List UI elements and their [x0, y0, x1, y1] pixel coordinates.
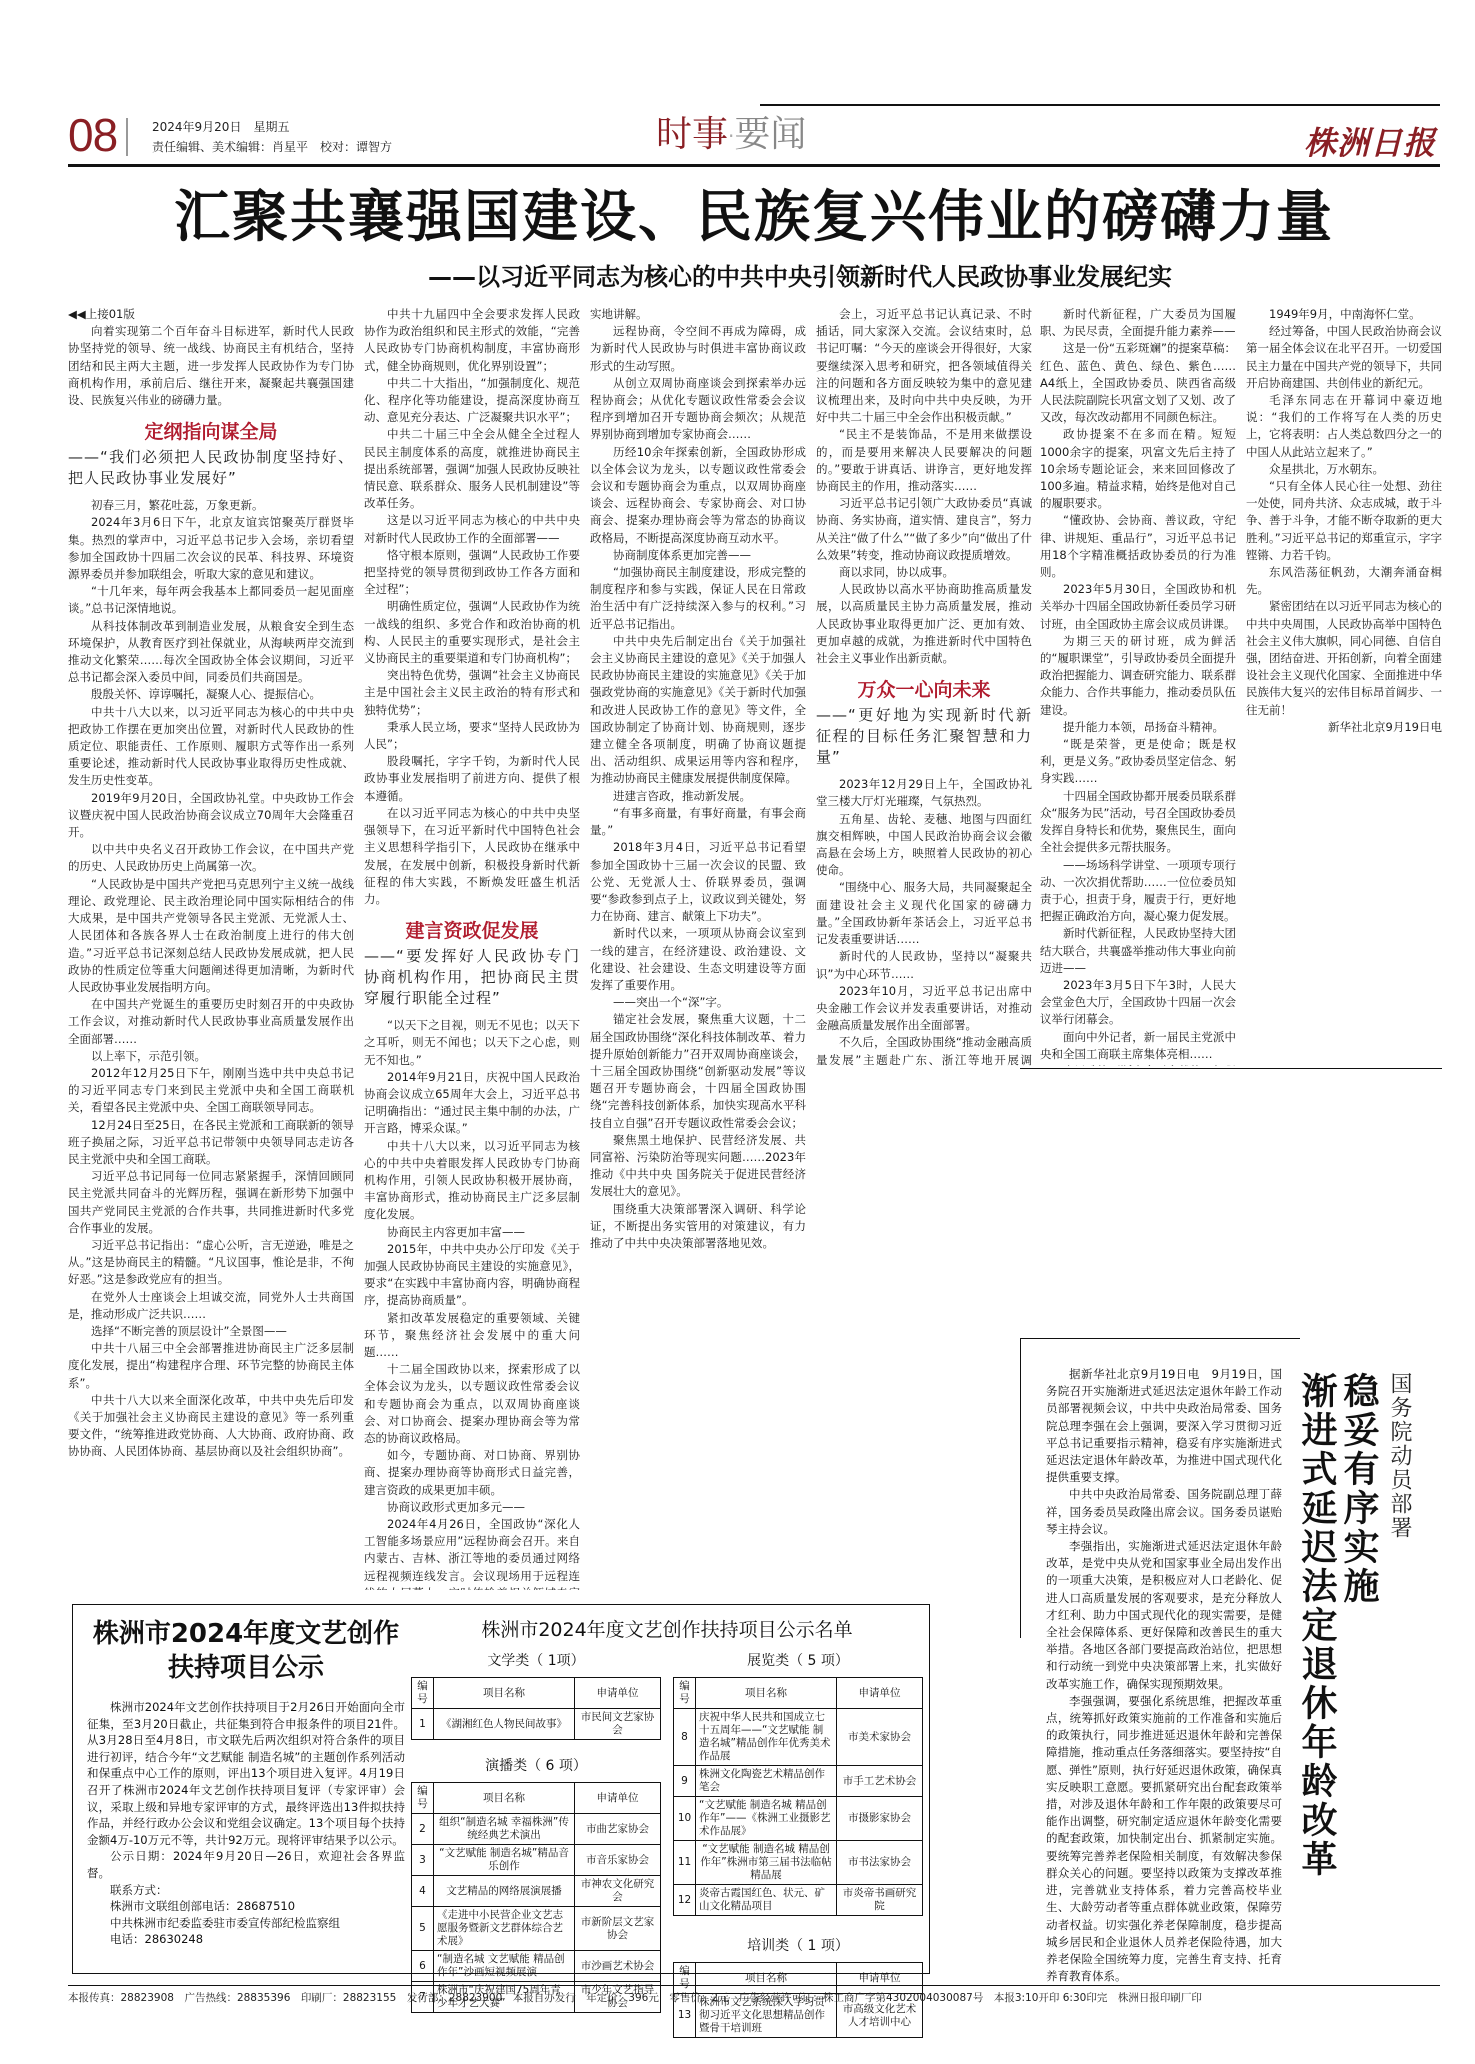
- paragraph: 不久后，全国政协围绕“推动金融高质量发展”主题赴广东、浙江等地开展调研……: [816, 1034, 1032, 1066]
- paragraph: 新时代的人民政协，坚持以“凝聚共识”为中心环节……: [816, 948, 1032, 982]
- cell-name: 株洲文化陶瓷艺术精品创作笔会: [696, 1766, 837, 1797]
- paragraph: 在党外人士座谈会上坦诚交流，同党外人士共商国是，推动形成广泛共识……: [68, 1289, 354, 1323]
- table-row: 9 株洲文化陶瓷艺术精品创作笔会 市手工艺术协会: [674, 1766, 923, 1797]
- paragraph: “以天下之目视，则无不见也；以天下之耳听，则无不闻也；以天下之心虑，则无不知也。…: [364, 1017, 580, 1069]
- col-header: 项目名称: [696, 1963, 837, 1994]
- cell-no: 9: [674, 1766, 696, 1797]
- editor-credits: 责任编辑、美术编辑：肖星平 校对：谭智方: [152, 138, 392, 156]
- table-row: 5 《走进中小民营企业文艺志愿服务暨新文艺群体综合艺术展》 市新阶层文艺家协会: [412, 1907, 661, 1951]
- contact-label: 联系方式：: [87, 1882, 405, 1899]
- paragraph: 在中国共产党诞生的重要历史时刻召开的中央政协工作会议，对推动新时代人民政协事业高…: [68, 996, 354, 1048]
- section-quote: ——“要发挥好人民政协专门协商机构作用，把协商民主贯穿履行职能全过程”: [364, 946, 580, 1009]
- contact-line: 中共株洲市纪委监委驻市委宣传部纪检监察组: [87, 1915, 405, 1932]
- category-table-performance: 编号 项目名称 申请单位 2 组织“制造名城 幸福株洲”传统经典艺术演出 市曲艺…: [411, 1782, 661, 2013]
- cell-no: 5: [412, 1907, 434, 1951]
- table-header-row: 编号 项目名称 申请单位: [412, 1783, 661, 1814]
- paragraph: 协商民主内容更加丰富——: [364, 1224, 580, 1241]
- category-title: 展览类（ 5 项）: [673, 1651, 923, 1671]
- table-header-row: 编号 项目名称 申请单位: [412, 1678, 661, 1709]
- masthead-divider: [126, 118, 128, 156]
- paragraph: 十二届全国政协以来，探索形成了以全体会议为龙头，以专题议政性常委会议和专题协商会…: [364, 1361, 580, 1447]
- paragraph: 十四届全国政协都开展委员联系群众“服务为民”活动，号召全国政协委员发挥自身特长和…: [1040, 788, 1236, 857]
- section-heading: 定纲指向谋全局: [68, 419, 354, 445]
- col-header: 项目名称: [696, 1678, 837, 1709]
- cell-name: 《湖湘红色人物民间故事》: [434, 1709, 575, 1740]
- cell-unit: 市沙画艺术协会: [575, 1951, 661, 1982]
- paragraph: 中共中央先后制定出台《关于加强社会主义协商民主建设的意见》《关于加强人民政协协商…: [590, 633, 806, 788]
- paragraph: 围绕重大决策部署深入调研、科学论证，不断提出务实管用的对策建议，有力推动了中共中…: [590, 1201, 806, 1253]
- cell-unit: 市摄影家协会: [837, 1797, 923, 1841]
- cell-no: 12: [674, 1885, 696, 1916]
- cell-name: “制造名城 文艺赋能 精品创作年”沙画短视频展演: [434, 1951, 575, 1982]
- cell-unit: 市新阶层文艺家协会: [575, 1907, 661, 1951]
- paragraph: 2019年9月20日，全国政协礼堂。中央政协工作会议暨庆祝中国人民政治协商会议成…: [68, 790, 354, 842]
- paragraph: 实地讲解。: [590, 306, 806, 323]
- project-list: 株洲市2024年度文艺创作扶持项目公示名单 文学类（ 1项） 编号 项目名称 申…: [411, 1611, 923, 1649]
- article2-headline-line2: 渐进式延迟法定退休年龄改革: [1296, 1372, 1336, 1879]
- paragraph: 2012年12月25日下午，刚刚当选中共中央总书记的习近平同志专门来到民主党派中…: [68, 1065, 354, 1117]
- cell-name: 组织“制造名城 幸福株洲”传统经典艺术演出: [434, 1814, 575, 1845]
- paragraph: “十几年来，每年两会我基本上都同委员一起见面座谈。”总书记深情地说。: [68, 583, 354, 617]
- table-row: 2 组织“制造名城 幸福株洲”传统经典艺术演出 市曲艺家协会: [412, 1814, 661, 1845]
- cell-no: 11: [674, 1841, 696, 1885]
- cell-name: 炎帝古霞国红色、状元、矿山文化精品项目: [696, 1885, 837, 1916]
- table-row: 1 《湖湘红色人物民间故事》 市民间文艺家协会: [412, 1709, 661, 1740]
- paragraph: 毛泽东同志在开幕词中豪迈地说：“我们的工作将写在人类的历史上，它将表明：占人类总…: [1246, 392, 1442, 461]
- paragraph: “既是荣誉，更是使命；既是权利，更是义务。”政协委员坚定信念、躬身实践……: [1040, 736, 1236, 788]
- paragraph: 紧密团结在以习近平同志为核心的中共中央周围，人民政协高举中国特色社会主义伟大旗帜…: [1246, 598, 1442, 718]
- paragraph: 中共十八届三中全会部署推进协商民主广泛多层制度化发展，提出“构建程序合理、环节完…: [68, 1340, 354, 1392]
- paragraph: 2023年10月，习近平总书记出席中央金融工作会议并发表重要讲话，对推动金融高质…: [816, 983, 1032, 1035]
- dateline: 新华社北京9月19日电: [1246, 719, 1442, 736]
- category-table-exhibition: 编号 项目名称 申请单位 8 庆祝中华人民共和国成立七十五周年——“文艺赋能 制…: [673, 1677, 923, 1916]
- paragraph: 12月24日至25日，在各民主党派和工商联新的领导班子换届之际，习近平总书记带领…: [68, 1117, 354, 1169]
- section-quote: ——“更好地为实现新时代新征程的目标任务汇聚智慧和力量”: [816, 705, 1032, 768]
- main-headline: 汇聚共襄强国建设、民族复兴伟业的磅礴力量: [68, 186, 1440, 250]
- paragraph: 这是以习近平同志为核心的中共中央对新时代人民政协工作的全面部署——: [364, 512, 580, 546]
- article2-top-rule: [1020, 1068, 1442, 1069]
- paragraph: “懂政协、会协商、善议政，守纪律、讲规矩、重品行”，习近平总书记用18个字精准概…: [1040, 512, 1236, 581]
- paragraph: 这是一份“五彩斑斓”的提案草稿：红色、蓝色、黄色、绿色、紫色……A4纸上，全国政…: [1040, 340, 1236, 426]
- table-row: 4 文艺精品的网络展演展播 市神农文化研究会: [412, 1876, 661, 1907]
- cell-no: 1: [412, 1709, 434, 1740]
- masthead-top-rule: [760, 104, 1440, 106]
- issue-date: 2024年9月20日 星期五: [152, 118, 289, 136]
- notice-title: 株洲市2024年度文艺创作扶持项目公示: [87, 1617, 405, 1685]
- paragraph: “人民政协是中国共产党把马克思列宁主义统一战线理论、政党理论、民主政治理论同中国…: [68, 876, 354, 996]
- project-list-title: 株洲市2024年度文艺创作扶持项目公示名单: [411, 1617, 923, 1643]
- paragraph: 李强强调，要强化系统思维，把握改革重点，统筹抓好政策实施前的工作准备和实施后的政…: [1046, 1693, 1282, 1985]
- paragraph: 据新华社北京9月19日电 9月19日，国务院召开实施渐进式延迟法定退休年龄工作动…: [1046, 1366, 1282, 1486]
- cell-no: 2: [412, 1814, 434, 1845]
- paragraph: 习近平总书记指出：“虚心公听，言无逆逊，唯是之从。”这是协商民主的精髓。“凡议国…: [68, 1237, 354, 1289]
- paragraph: 人民政协以高水平协商助推高质量发展，以高质量民主协力高质量发展，推动人民政协事业…: [816, 581, 1032, 667]
- cell-name: “文艺赋能 制造名城 精品创作年”株洲市第三届书法临帖精品展: [696, 1841, 837, 1885]
- table-row: 6 “制造名城 文艺赋能 精品创作年”沙画短视频展演 市沙画艺术协会: [412, 1951, 661, 1982]
- masthead: 08 2024年9月20日 星期五 责任编辑、美术编辑：肖星平 校对：谭智方 时…: [68, 112, 1440, 160]
- article-column-2: 中共十九届四中全会要求发挥人民政协作为政治组织和民主形式的效能，“完善人民政协专…: [364, 306, 580, 1590]
- col-header: 项目名称: [434, 1678, 575, 1709]
- cell-no: 4: [412, 1876, 434, 1907]
- cell-unit: 市美术家协会: [837, 1709, 923, 1766]
- paragraph: 习近平总书记同每一位同志紧紧握手，深情回顾同民主党派共同奋斗的光辉历程，强调在新…: [68, 1168, 354, 1237]
- category-title: 培训类（ 1 项）: [673, 1936, 923, 1956]
- article-column-3: 实地讲解。 远程协商，令空间不再成为障碍，成为新时代人民政协与时俱进丰富协商议政…: [590, 306, 806, 1590]
- paragraph: 习近平总书记引领广大政协委员“真诚协商、务实协商，道实情、建良言”，努力从关注“…: [816, 495, 1032, 564]
- continued-from[interactable]: ◀◀上接01版: [68, 306, 354, 323]
- table-row: 10 “文艺赋能 制造名城 精品创作年”——《株洲工业摄影艺术作品展》 市摄影家…: [674, 1797, 923, 1841]
- page-number: 08: [68, 112, 117, 158]
- contact-line: 电话：28630248: [87, 1931, 405, 1948]
- paragraph: “加强协商民主制度建设，形成完整的制度程序和参与实践，保证人民在日常政治生活中有…: [590, 564, 806, 633]
- paragraph: ——场场科学讲堂、一项项专项行动、一次次捐优帮助……一位位委员知责于心，担责于身…: [1040, 857, 1236, 926]
- paragraph: 公示日期：2024年9月20日—26日，欢迎社会各界监督。: [87, 1848, 405, 1881]
- cell-unit: 市民间文艺家协会: [575, 1709, 661, 1740]
- table-row: 11 “文艺赋能 制造名城 精品创作年”株洲市第三届书法临帖精品展 市书法家协会: [674, 1841, 923, 1885]
- paragraph: 经过筹备，中国人民政治协商会议第一届全体会议在北平召开。一切爱国民主力量在中国共…: [1246, 323, 1442, 392]
- section-heading: 建言资政促发展: [364, 918, 580, 944]
- cell-name: “文艺赋能 制造名城 精品创作年”——《株洲工业摄影艺术作品展》: [696, 1797, 837, 1841]
- article-column-4: 会上，习近平总书记认真记录、不时插话，同大家深入交流。会议结束时，总书记叮嘱：“…: [816, 306, 1032, 1066]
- article2-headline-line1: 稳妥有序实施: [1338, 1372, 1378, 1606]
- col-header: 申请单位: [837, 1963, 923, 1994]
- col-header: 项目名称: [434, 1783, 575, 1814]
- article2-box-border: [1020, 1338, 1021, 1638]
- article-intro: 向着实现第二个百年奋斗目标进军，新时代人民政协坚持党的领导、统一战线、协商民主有…: [68, 323, 354, 409]
- paragraph: 新时代以来，一项项从协商会议室到一线的建言，在经济建设、政治建设、文化建设、社会…: [590, 925, 806, 994]
- paragraph: 突出特色优势，强调“社会主义协商民主是中国社会主义民主政治的特有形式和独特优势”…: [364, 667, 580, 719]
- paragraph: 2014年9月21日，庆祝中国人民政治协商会议成立65周年大会上，习近平总书记明…: [364, 1069, 580, 1138]
- paragraph: 秉承人民立场，要求“坚持人民政协为人民”；: [364, 719, 580, 753]
- table-row: 12 炎帝古霞国红色、状元、矿山文化精品项目 市炎帝书画研究院: [674, 1885, 923, 1916]
- public-notice-box: 株洲市2024年度文艺创作扶持项目公示 株洲市2024年文艺创作扶持项目于2月2…: [72, 1604, 930, 1974]
- paragraph: 提升能力本领，昂扬奋斗精神。: [1040, 719, 1236, 736]
- cell-unit: 市手工艺术协会: [837, 1766, 923, 1797]
- table-header-row: 编号 项目名称 申请单位: [674, 1678, 923, 1709]
- notice-body: 株洲市2024年文艺创作扶持项目于2月26日开始面向全市征集，至3月20日截止，…: [87, 1699, 405, 1948]
- cell-name: 文艺精品的网络展演展播: [434, 1876, 575, 1907]
- col-header: 编号: [412, 1783, 434, 1814]
- notice-announcement: 株洲市2024年度文艺创作扶持项目公示 株洲市2024年文艺创作扶持项目于2月2…: [87, 1617, 405, 1948]
- category-title: 演播类（ 6 项）: [411, 1756, 661, 1776]
- cell-unit: 市书法家协会: [837, 1841, 923, 1885]
- paragraph: 以上率下，示范引领。: [68, 1048, 354, 1065]
- paragraph: 2018年3月4日，习近平总书记看望参加全国政协十三届一次会议的民盟、致公党、无…: [590, 839, 806, 925]
- article-column-6: 1949年9月，中南海怀仁堂。 经过筹备，中国人民政治协商会议第一届全体会议在北…: [1246, 306, 1442, 1066]
- paragraph: 2024年4月26日，全国政协“深化人工智能多场景应用”远程协商会召开。来自内蒙…: [364, 1516, 580, 1590]
- paragraph: 初春三月，繁花吐蕊，万象更新。: [68, 497, 354, 514]
- paragraph: 如今，专题协商、对口协商、界别协商、提案办理协商等协商形式日益完善，建言资政的成…: [364, 1447, 580, 1499]
- article-column-1: ◀◀上接01版 向着实现第二个百年奋斗目标进军，新时代人民政协坚持党的领导、统一…: [68, 306, 354, 1590]
- paragraph: 1949年9月，中南海怀仁堂。: [1246, 306, 1442, 323]
- paragraph: 恪守根本原则，强调“人民政协工作要把坚持党的领导贯彻到政协工作各方面和全过程”；: [364, 547, 580, 599]
- paragraph: 中共二十大指出，“加强制度化、规范化、程序化等功能建设，提高深度协商互动、意见充…: [364, 375, 580, 427]
- paragraph: 进建言咨政，推动新发展。: [590, 788, 806, 805]
- page-footer: 本报传真：28823908 广告热线：28835396 印刷厂：28823155…: [68, 1990, 1440, 2006]
- category-title: 文学类（ 1项）: [411, 1651, 661, 1671]
- col-header: 申请单位: [575, 1783, 661, 1814]
- paragraph: 从科技体制改革到制造业发展，从粮食安全到生态环境保护，从教育医疗到社保就业，从海…: [68, 618, 354, 687]
- tables-left: 文学类（ 1项） 编号 项目名称 申请单位 1 《湖湘红色人物民间故事》 市民间…: [411, 1649, 661, 2013]
- paragraph: 锚定社会发展，聚焦重大议题，十二届全国政协围绕“深化科技体制改革、着力提升原始创…: [590, 1011, 806, 1131]
- footer-rule: [68, 1985, 1440, 1986]
- article2-kicker: 国务院动员部署: [1386, 1372, 1412, 1540]
- paragraph: 中共十八大以来，以习近平同志为核心的中共中央着眼发挥人民政协专门协商机构作用，引…: [364, 1138, 580, 1224]
- paragraph: 李强指出，实施渐进式延迟法定退休年龄改革，是党中央从党和国家事业全局出发作出的一…: [1046, 1538, 1282, 1693]
- paragraph: 2023年3月5日下午3时，人民大会堂金色大厅，全国政协十四届一次会议举行闭幕会…: [1040, 977, 1236, 1029]
- section-heading: 万众一心向未来: [816, 677, 1032, 703]
- cell-unit: 市神农文化研究会: [575, 1876, 661, 1907]
- paragraph: 政协提案不在多而在精。短短1000余字的提案，巩富文先后主持了10余场专题论证会…: [1040, 426, 1236, 512]
- tables-right: 展览类（ 5 项） 编号 项目名称 申请单位 8 庆祝中华人民共和国成立七十五周…: [673, 1649, 923, 2038]
- table-row: 8 庆祝中华人民共和国成立七十五周年——“文艺赋能 制造名城”精品创作年优秀美术…: [674, 1709, 923, 1766]
- paragraph: 选择“不断完善的顶层设计”全景图——: [68, 1323, 354, 1340]
- article2-body: 据新华社北京9月19日电 9月19日，国务院召开实施渐进式延迟法定退休年龄工作动…: [1046, 1366, 1282, 1986]
- paragraph: 商以求同，协以成事。: [816, 564, 1032, 581]
- table-row: 3 “文艺赋能 制造名城”精品音乐创作 市音乐家协会: [412, 1845, 661, 1876]
- article2-box-border: [1020, 1338, 1300, 1339]
- paragraph: 殷殷关怀、谆谆嘱托，凝聚人心、提振信心。: [68, 686, 354, 703]
- col-header: 编号: [674, 1963, 696, 1994]
- paragraph: 为期三天的研讨班，成为鲜活的“履职课堂”，引导政协委员全面提升政治把握能力、调查…: [1040, 633, 1236, 719]
- paragraph: 五角星、齿轮、麦穗、地图与四面红旗交相辉映，中国人民政治协商会议会徽高悬在会场上…: [816, 811, 1032, 880]
- cell-unit: 市曲艺家协会: [575, 1814, 661, 1845]
- col-header: 申请单位: [837, 1678, 923, 1709]
- cell-no: 3: [412, 1845, 434, 1876]
- newspaper-logo: 株洲日报: [1304, 118, 1436, 164]
- paragraph: 从创立双周协商座谈会到探索举办远程协商会；从优化专题议政性常委会会议程序到增加召…: [590, 375, 806, 444]
- section-quote: ——“我们必须把人民政协制度坚持好、把人民政协事业发展好”: [68, 447, 354, 489]
- paragraph: “围绕中心、服务大局，共同凝聚起全面建设社会主义现代化国家的磅礴力量。”全国政协…: [816, 879, 1032, 948]
- paragraph: 明确性质定位，强调“人民政协作为统一战线的组织、多党合作和政治协商的机构、人民民…: [364, 598, 580, 667]
- paragraph: 协商议政形式更加多元——: [364, 1499, 580, 1516]
- paragraph: 以中共中央名义召开政协工作会议，在中国共产党的历史、人民政协历史上尚属第一次。: [68, 841, 354, 875]
- paragraph: 新时代新征程，广大委员为国履职、为民尽责，全面提升能力素养——: [1040, 306, 1236, 340]
- col-header: 编号: [412, 1678, 434, 1709]
- contact-line: 株洲市文联组创部电话：28687510: [87, 1898, 405, 1915]
- paragraph: 中共十八大以来全面深化改革，中共中央先后印发《关于加强社会主义协商民主建设的意见…: [68, 1392, 354, 1461]
- paragraph: “只有全体人民心往一处想、劲往一处使，同舟共济、众志成城，敢于斗争、善于斗争，才…: [1246, 478, 1442, 564]
- paragraph: 中共十九届四中全会要求发挥人民政协作为政治组织和民主形式的效能，“完善人民政协专…: [364, 306, 580, 375]
- paragraph: 2023年12月29日上午，全国政协礼堂三楼大厅灯光璀璨，气氛热烈。: [816, 776, 1032, 810]
- paragraph: 2023年5月30日，全国政协和机关举办十四届全国政协新任委员学习研讨班，由全国…: [1040, 581, 1236, 633]
- paragraph: 东风浩荡征帆劲，大潮奔涌奋楫先。: [1246, 564, 1442, 598]
- paragraph: 协商制度体系更加完善——: [590, 547, 806, 564]
- paragraph: 新时代新征程，人民政协坚持大团结大联合，共襄盛举推动伟大事业向前迈进——: [1040, 925, 1236, 977]
- cell-no: 6: [412, 1951, 434, 1982]
- paragraph: 中共二十届三中全会从健全全过程人民民主制度体系的高度，就推进协商民主提出系统部署…: [364, 426, 580, 512]
- col-header: 申请单位: [575, 1678, 661, 1709]
- paragraph: 会上，习近平总书记认真记录、不时插话，同大家深入交流。会议结束时，总书记叮嘱：“…: [816, 306, 1032, 426]
- paragraph: “有事多商量，有事好商量，有事会商量。”: [590, 805, 806, 839]
- section-title: 时事·要闻: [656, 114, 806, 157]
- section-secondary: 要闻: [734, 114, 806, 155]
- paragraph: 2015年，中共中央办公厅印发《关于加强人民政协协商民主建设的实施意见》，要求“…: [364, 1241, 580, 1310]
- paragraph: 紧扣改革发展稳定的重要领域、关键环节，聚焦经济社会发展中的重大问题……: [364, 1310, 580, 1362]
- paragraph: 中共十八大以来，以习近平同志为核心的中共中央把政协工作摆在更加突出位置，对新时代…: [68, 704, 354, 790]
- main-subheadline: ——以习近平同志为核心的中共中央引领新时代人民政协事业发展纪实: [300, 262, 1300, 292]
- paragraph: 远程协商，令空间不再成为障碍，成为新时代人民政协与时俱进丰富协商议政形式的生动写…: [590, 323, 806, 375]
- paragraph: 2024年3月6日下午，北京友谊宾馆聚英厅群贤毕集。热烈的掌声中，习近平总书记步…: [68, 514, 354, 583]
- col-header: 编号: [674, 1678, 696, 1709]
- paragraph: 聚焦黑土地保护、民营经济发展、共同富裕、污染防治等现实问题……2023年推动《中…: [590, 1132, 806, 1201]
- table-header-row: 编号 项目名称 申请单位: [674, 1963, 923, 1994]
- paragraph: 众星拱北，万水朝东。: [1246, 461, 1442, 478]
- paragraph: 面向中外记者，新一届民主党派中央和全国工商联主席集体亮相……: [1040, 1029, 1236, 1063]
- paragraph: 股段嘱托，字字千钧，为新时代人民政协事业发展指明了前进方向、提供了根本遵循。: [364, 753, 580, 805]
- cell-unit: 市炎帝书画研究院: [837, 1885, 923, 1916]
- paragraph: 在以习近平同志为核心的中共中央坚强领导下，在习近平新时代中国特色社会主义思想科学…: [364, 805, 580, 908]
- article-column-5: 新时代新征程，广大委员为国履职、为民尽责，全面提升能力素养—— 这是一份“五彩斑…: [1040, 306, 1236, 1066]
- cell-name: “文艺赋能 制造名城”精品音乐创作: [434, 1845, 575, 1876]
- cell-unit: 市音乐家协会: [575, 1845, 661, 1876]
- category-table-literature: 编号 项目名称 申请单位 1 《湖湘红色人物民间故事》 市民间文艺家协会: [411, 1677, 661, 1740]
- paragraph: 中共中央政治局常委、国务院副总理丁薛祥，国务委员吴政隆出席会议。国务委员谌贻琴主…: [1046, 1486, 1282, 1538]
- cell-name: 庆祝中华人民共和国成立七十五周年——“文艺赋能 制造名城”精品创作年优秀美术作品…: [696, 1709, 837, 1766]
- paragraph: 历经10余年探索创新，全国政协形成以全体会议为龙头，以专题议政性常委会会议和专题…: [590, 444, 806, 547]
- cell-no: 8: [674, 1709, 696, 1766]
- cell-no: 10: [674, 1797, 696, 1841]
- masthead-rule: [68, 164, 1440, 167]
- cell-name: 《走进中小民营企业文艺志愿服务暨新文艺群体综合艺术展》: [434, 1907, 575, 1951]
- paragraph: “民主不是装饰品，不是用来做摆设的，而是要用来解决人民要解决的问题的。”要敢于讲…: [816, 426, 1032, 495]
- paragraph: 人民政协不断丰富平台载体，加强团结联谊……: [1040, 1063, 1236, 1066]
- paragraph: 株洲市2024年文艺创作扶持项目于2月26日开始面向全市征集，至3月20日截止，…: [87, 1699, 405, 1848]
- paragraph: ——突出一个“深”字。: [590, 994, 806, 1011]
- section-primary: 时事: [656, 114, 728, 155]
